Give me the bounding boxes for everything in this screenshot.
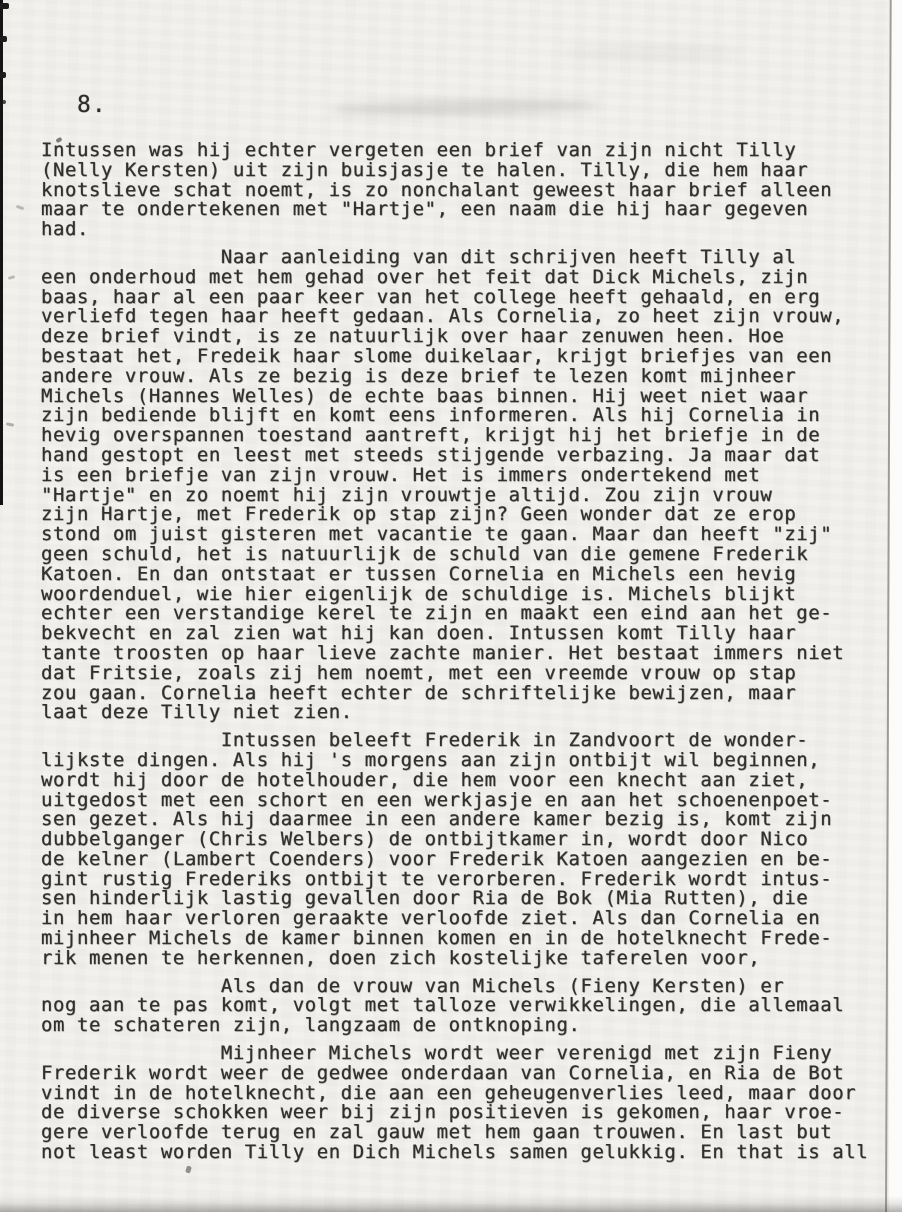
text-line: lijkste dingen. Als hij 's morgens aan z…	[41, 751, 891, 771]
text-line: maar te ondertekenen met "Hartje", een n…	[41, 200, 891, 220]
scan-artifact-mark	[2, 100, 6, 104]
text-line: andere vrouw. Als ze bezig is deze brief…	[41, 367, 891, 387]
text-line: om te schateren zijn, langzaam de ontkno…	[41, 1016, 891, 1036]
text-line: deze brief vindt, is ze natuurlijk over …	[41, 327, 891, 347]
scan-artifact-mark	[0, 3, 9, 9]
text-line: (Nelly Kersten) uit zijn buisjasje te ha…	[41, 161, 891, 181]
text-line: hevig overspannen toestand aantreft, kri…	[41, 426, 891, 446]
paragraph: Intussen was hij echter vergeten een bri…	[41, 141, 891, 240]
text-line: rik menen te herkennen, doen zich kostel…	[41, 949, 891, 969]
paragraph: Als dan de vrouw van Michels (Fieny Kers…	[41, 977, 891, 1036]
text-line: Frederik wordt weer de gedwee onderdaan …	[41, 1064, 891, 1084]
scan-artifact-smudge	[330, 98, 600, 118]
text-line: hand gestopt en leest met steeds stijgen…	[41, 446, 891, 466]
text-line: laat deze Tilly niet zien.	[41, 703, 891, 723]
paragraph: Mijnheer Michels wordt weer verenigd met…	[41, 1044, 891, 1163]
text-line: Intussen was hij echter vergeten een bri…	[41, 141, 891, 161]
text-line: Mijnheer Michels wordt weer verenigd met…	[41, 1044, 891, 1064]
text-line: bekvecht en zal zien wat hij kan doen. I…	[41, 624, 891, 644]
text-line: had.	[41, 220, 891, 240]
text-line: mijnheer Michels de kamer binnen komen e…	[41, 929, 891, 949]
scan-artifact-mark	[0, 72, 6, 78]
text-line: wordt hij door de hotelhouder, die hem v…	[41, 771, 891, 791]
text-line: Intussen beleeft Frederik in Zandvoort d…	[41, 731, 891, 751]
scanned-document-page: 8. Intussen was hij echter vergeten een …	[0, 0, 902, 1212]
text-line: Naar aanleiding van dit schrijven heeft …	[41, 248, 891, 268]
paragraph: Naar aanleiding van dit schrijven heeft …	[41, 248, 891, 723]
text-line: stond om juist gisteren met vacantie te …	[41, 525, 891, 545]
scan-artifact-mark	[16, 205, 25, 211]
text-line: dat Fritsie, zoals zij hem noemt, met ee…	[41, 664, 891, 684]
typewritten-text-block: Intussen was hij echter vergeten een bri…	[41, 141, 891, 1163]
scan-artifact-mark	[6, 422, 14, 427]
scan-artifact-bottom-band	[0, 1196, 902, 1212]
text-line: bestaat het, Fredeik haar slome duikelaa…	[41, 347, 891, 367]
text-line: Katoen. En dan ontstaat er tussen Cornel…	[41, 565, 891, 585]
text-line: een onderhoud met hem gehad over het fei…	[41, 268, 891, 288]
text-line: de kelner (Lambert Coenders) voor Freder…	[41, 850, 891, 870]
scan-artifact-mark	[185, 1165, 192, 1173]
text-line: is een briefje van zijn vrouw. Het is im…	[41, 466, 891, 486]
text-line: not least worden Tilly en Dich Michels s…	[41, 1143, 891, 1163]
paragraph: Intussen beleeft Frederik in Zandvoort d…	[41, 731, 891, 969]
text-line: dubbelganger (Chris Welbers) de ontbijtk…	[41, 830, 891, 850]
page-number: 8.	[77, 92, 107, 118]
scan-artifact-mark	[8, 275, 16, 280]
scan-artifact-smudge	[560, 48, 740, 58]
text-line: tante troosten op haar lieve zachte mani…	[41, 644, 891, 664]
text-line: geen schuld, het is natuurlijk de schuld…	[41, 545, 891, 565]
scan-artifact-mark	[0, 36, 7, 42]
